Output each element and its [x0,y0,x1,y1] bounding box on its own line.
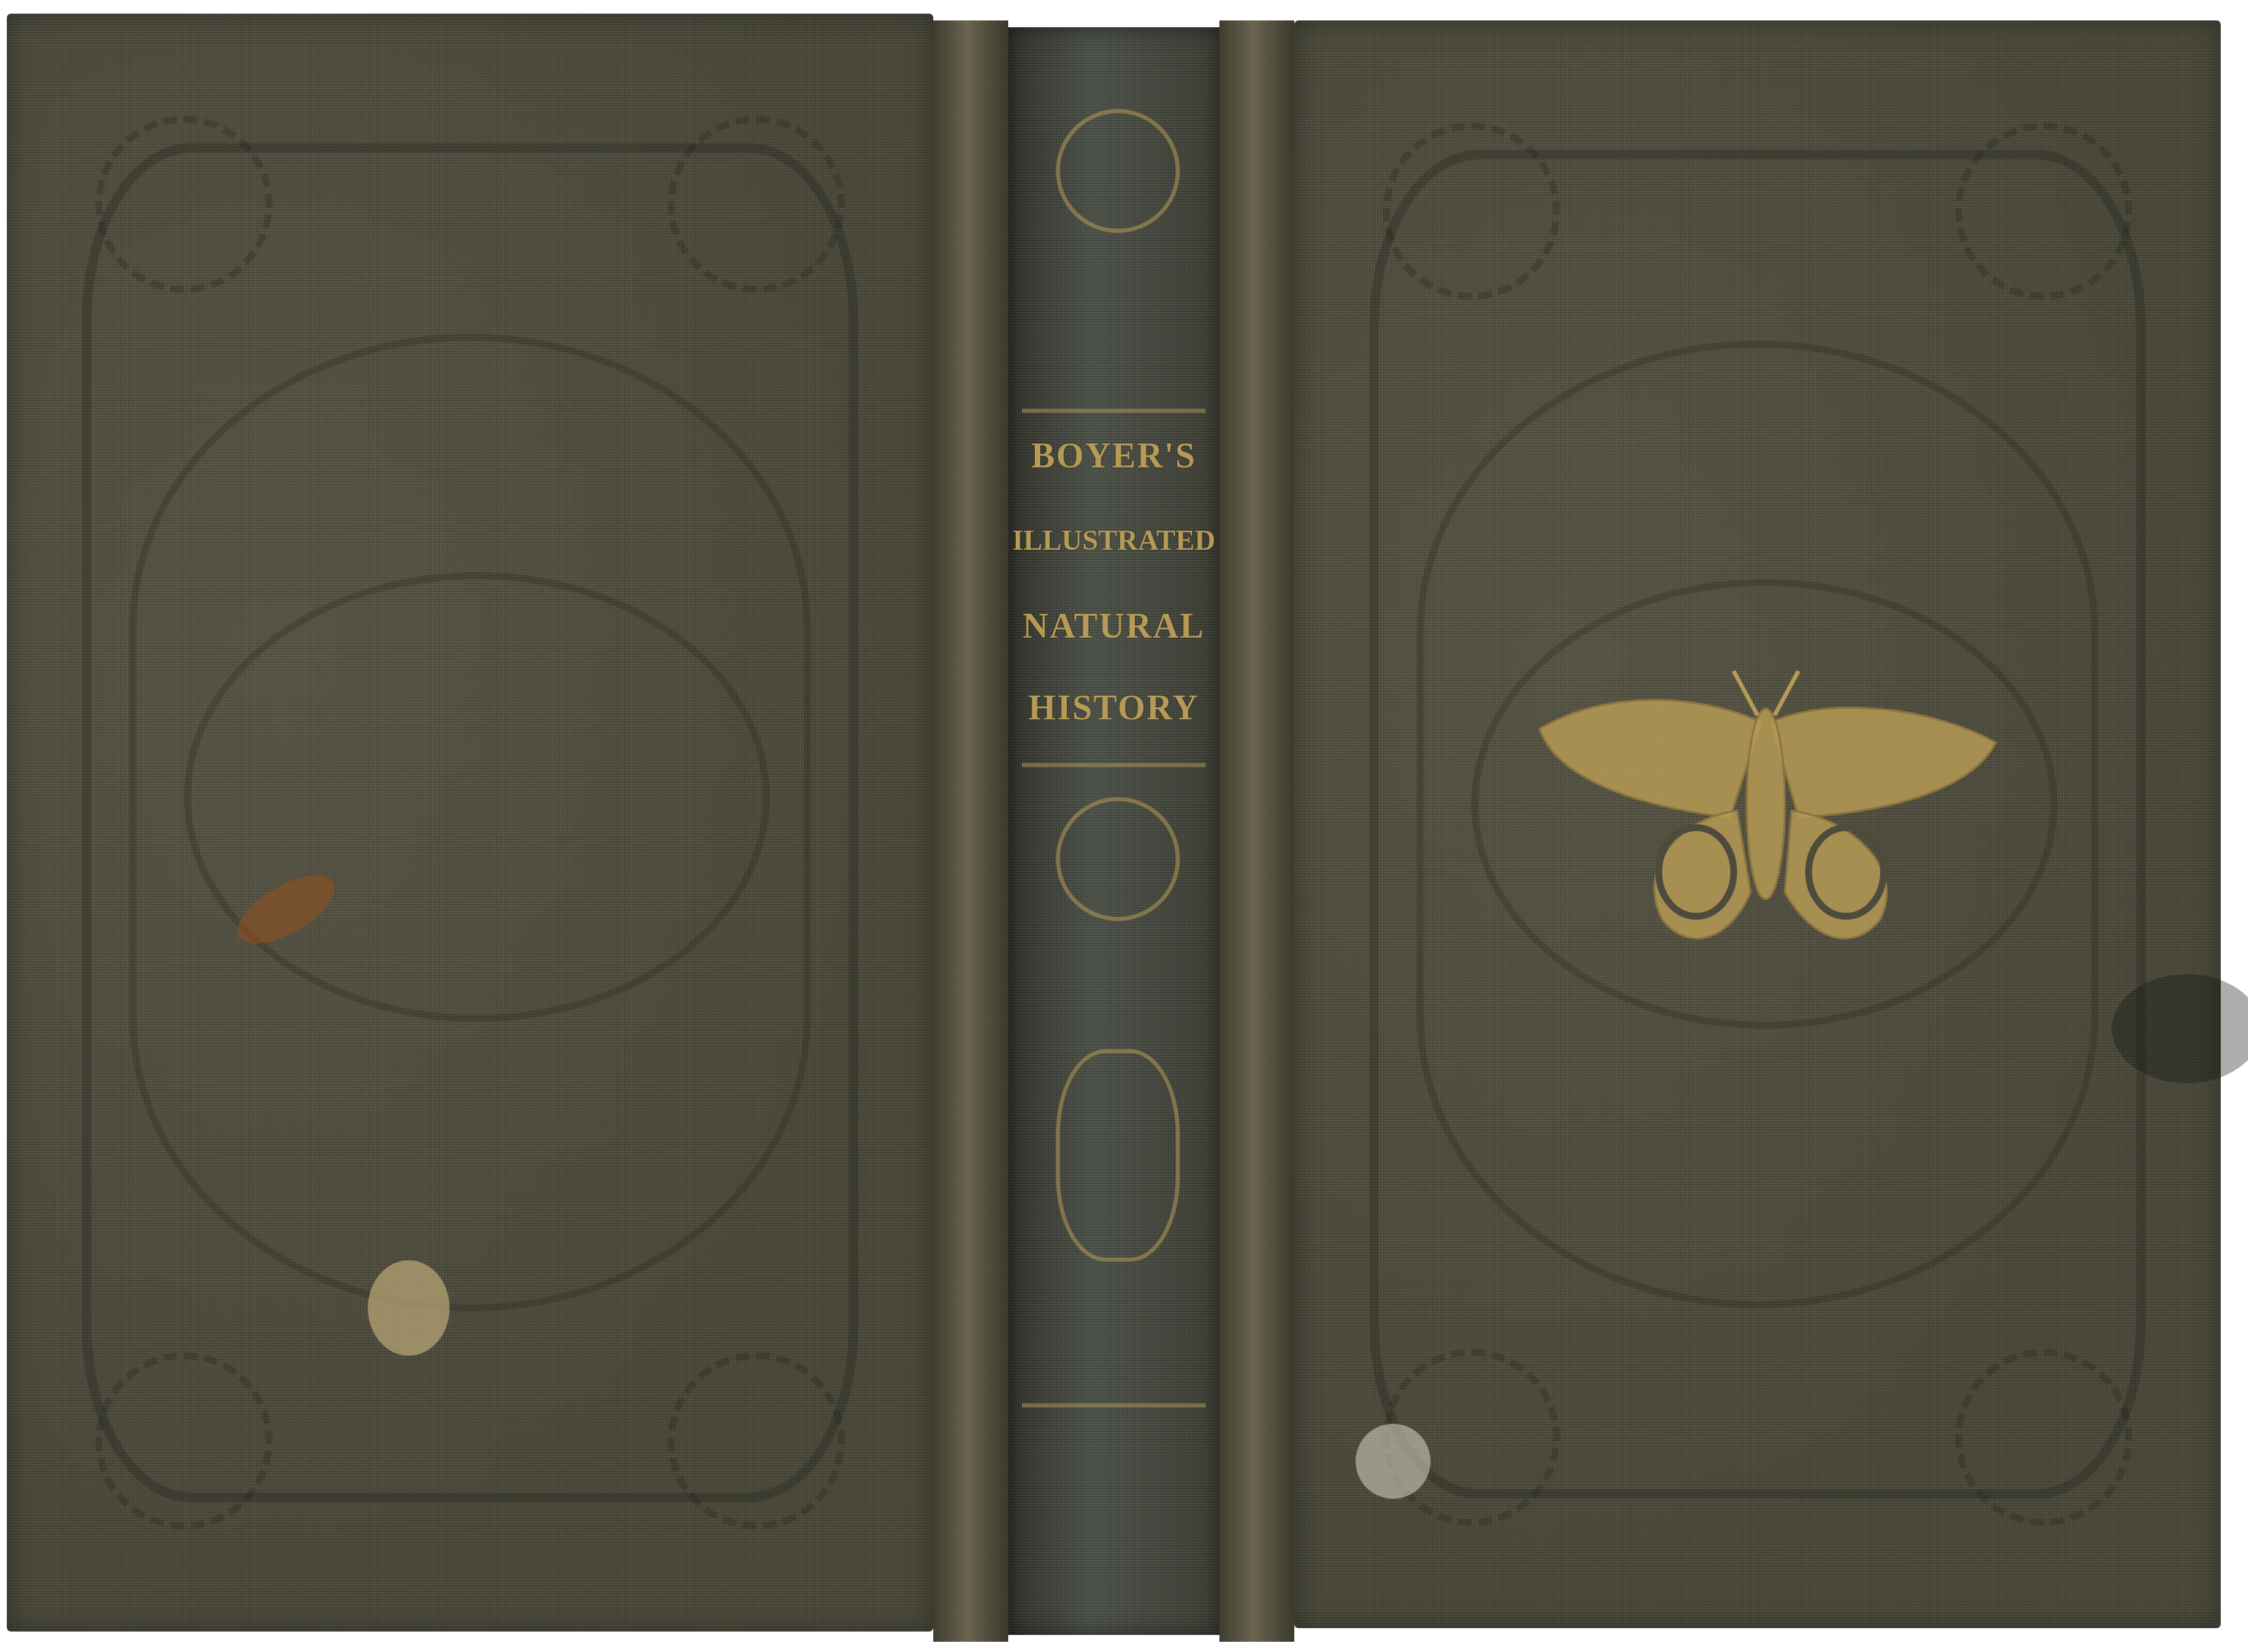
spine-title-line-4: HISTORY [1008,688,1219,728]
worn-spot [1356,1424,1431,1499]
spine-ornament-icon [1056,797,1180,921]
spine-band [1022,409,1206,413]
spine-title-line-1: BOYER'S [1008,436,1219,476]
corner-ornament-icon [1955,1349,2132,1526]
book-cover-spread: BOYER'S ILLUSTRATED NATURAL HISTORY [0,0,2248,1652]
hinge-left [933,20,1008,1642]
corner-ornament-icon [1383,123,1560,300]
corner-ornament-icon [1955,123,2132,300]
spine-title-line-3: NATURAL [1008,606,1219,646]
moth-emblem-icon [1526,668,2003,961]
corner-ornament-icon [95,116,272,293]
corner-ornament-icon [95,1352,272,1529]
corner-ornament-icon [668,1352,845,1529]
back-cover [7,14,933,1632]
worn-spot [368,1260,450,1356]
spine: BOYER'S ILLUSTRATED NATURAL HISTORY [1008,27,1219,1635]
hinge-right [1219,20,1294,1642]
spine-floral-ornament-icon [1056,1049,1180,1262]
corner-ornament-icon [668,116,845,293]
central-cartouche [184,572,770,1022]
spine-ornament-icon [1056,109,1180,233]
spine-band [1022,1403,1206,1407]
spine-title-line-2: ILLUSTRATED [1008,525,1219,557]
spine-band [1022,763,1206,767]
